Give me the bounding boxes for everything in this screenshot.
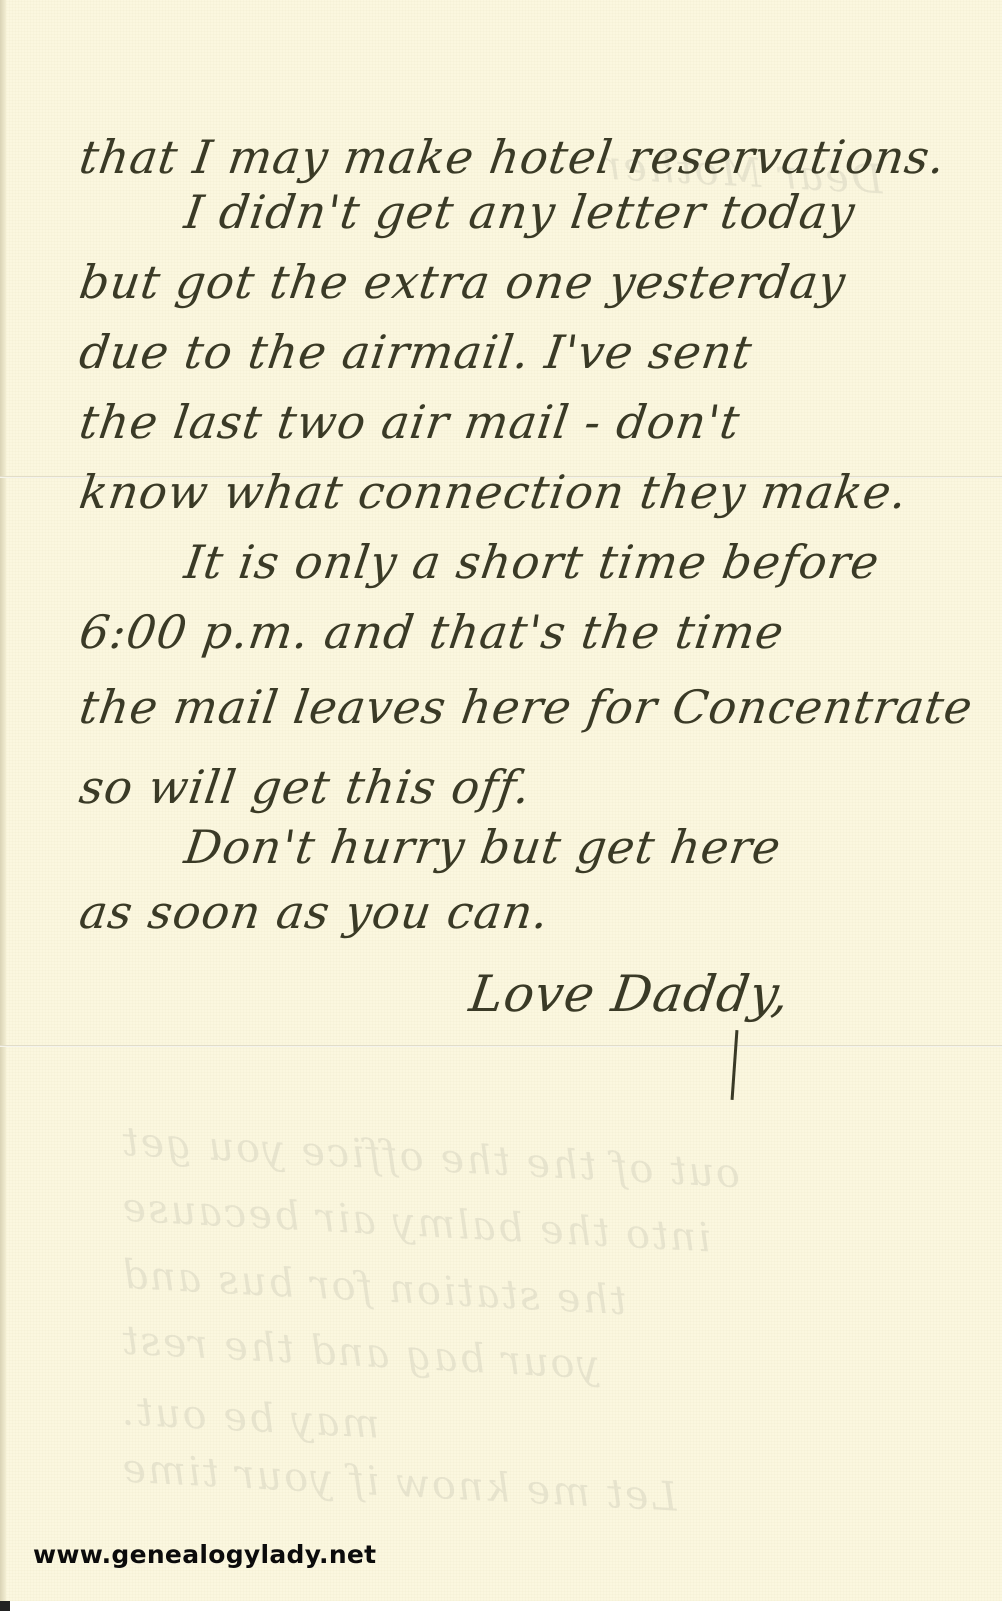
bleed-through-text: the station for bus and: [119, 1252, 627, 1324]
letter-line: the mail leaves here for Concentrate: [76, 680, 976, 734]
letter-line: but got the extra one yesterday: [76, 255, 849, 309]
letter-line: so will get this off.: [76, 760, 534, 814]
letter-line: It is only a short time before: [181, 535, 883, 589]
bleed-through-text: out of the the office you get: [119, 1119, 741, 1197]
letter-line: the last two air mail - don't: [76, 395, 743, 449]
paper-edge: [0, 0, 6, 1601]
letter-line: Don't hurry but get here: [181, 820, 784, 874]
bleed-through-text: into the balmy air because: [119, 1185, 712, 1262]
site-watermark: www.genealogylady.net: [33, 1540, 376, 1569]
bleed-through-text: your bag and the rest: [119, 1317, 600, 1388]
signature-flourish: [731, 1030, 739, 1100]
letter-line: I didn't get any letter today: [181, 185, 859, 239]
letter-line: due to the airmail. I've sent: [76, 325, 756, 379]
bleed-through-text: Let me know if your time: [119, 1445, 678, 1520]
bleed-through-text: may be out.: [119, 1388, 381, 1448]
letter-page: Dear Mother out of the the office you ge…: [0, 0, 1002, 1601]
letter-line: 6:00 p.m. and that's the time: [76, 605, 787, 659]
fold-crease: [0, 1045, 1002, 1047]
letter-line: as soon as you can.: [76, 885, 553, 939]
letter-line: that I may make hotel reservations.: [76, 130, 949, 184]
signature: Love Daddy,: [466, 965, 794, 1023]
scan-corner-mark: [0, 1601, 10, 1611]
letter-line: know what connection they make.: [76, 465, 911, 519]
